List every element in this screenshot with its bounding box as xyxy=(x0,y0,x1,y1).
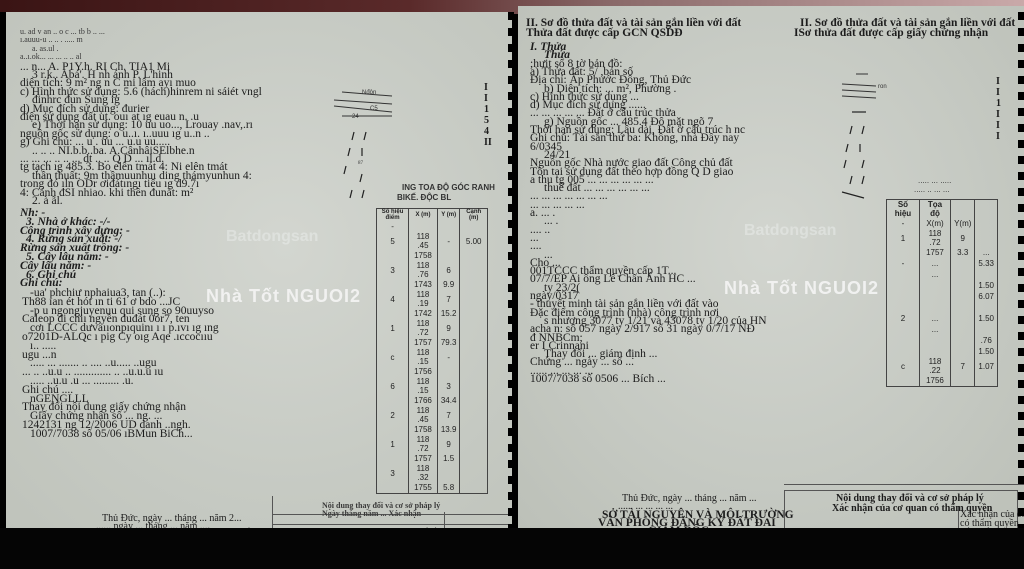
table-cell xyxy=(975,375,998,386)
table-cell xyxy=(377,366,409,377)
table-row: 4118 .197 xyxy=(377,290,488,308)
document-text-line: 1007/7038 số 0506 ... Bích ... xyxy=(530,374,666,386)
table-cell: 3 xyxy=(437,377,460,395)
table-cell: 1756 xyxy=(919,375,950,386)
table-row: 2...1.50 xyxy=(887,313,998,324)
table-cell: 3.3 xyxy=(951,247,975,258)
table-row: c118 .15- xyxy=(377,348,488,366)
document-text-line: 1007/7038 số 05/06 ıBMun BiCh... xyxy=(30,429,193,441)
table-cell xyxy=(975,302,998,313)
table-cell: 118 .19 xyxy=(409,290,438,308)
table-cell xyxy=(377,337,409,348)
table-row: 6.07 xyxy=(887,291,998,302)
table-cell xyxy=(460,482,488,493)
table-cell: 15.2 xyxy=(437,308,460,319)
table-cell: 3 xyxy=(377,261,409,279)
parcel-sketch-diagram-right: ron xyxy=(838,66,908,206)
table-cell xyxy=(951,302,975,313)
table-cell: 9.9 xyxy=(437,279,460,290)
table-cell: 1 xyxy=(377,319,409,337)
table-cell: 5.33 xyxy=(975,258,998,269)
table-cell: 1.07 xyxy=(975,357,998,375)
section-subheading: Thửa đất được cấp GCN QSDĐ xyxy=(526,28,683,40)
coordinates-table-subtitle-right: ..... .. ... ... xyxy=(914,185,950,194)
document-text-line: a..ı.ok... ... ... .. .. al xyxy=(20,53,82,61)
table-header xyxy=(975,200,998,218)
svg-text:ron: ron xyxy=(878,84,887,90)
table-cell xyxy=(975,269,998,280)
table-cell: 1 xyxy=(377,435,409,453)
table-cell xyxy=(951,324,975,335)
table-cell xyxy=(437,221,460,232)
table-cell: c xyxy=(377,348,409,366)
table-row: 1756 xyxy=(377,366,488,377)
table-cell: - xyxy=(437,348,460,366)
table-cell: ... xyxy=(919,269,950,280)
table-cell xyxy=(377,308,409,319)
table-row xyxy=(887,302,998,313)
table-row: 175813.9 xyxy=(377,424,488,435)
table-cell: 118 .45 xyxy=(409,406,438,424)
table-row: ... xyxy=(887,324,998,335)
table-cell: 118 .72 xyxy=(409,435,438,453)
table-cell: 5.8 xyxy=(437,482,460,493)
table-cell xyxy=(437,250,460,261)
table-cell xyxy=(887,269,920,280)
table-cell xyxy=(975,324,998,335)
table-cell: 6 xyxy=(437,261,460,279)
table-cell: Y(m) xyxy=(951,218,975,229)
table-row: - xyxy=(377,221,488,232)
table-cell xyxy=(377,453,409,464)
table-cell xyxy=(919,335,950,346)
table-cell xyxy=(887,291,920,302)
table-row: c118 .2271.07 xyxy=(887,357,998,375)
svg-text:C5: C5 xyxy=(370,106,378,112)
table-cell xyxy=(887,375,920,386)
batdongsan-logo-watermark: Batdongsan xyxy=(226,228,318,246)
table-cell: 1766 xyxy=(409,395,438,406)
table-cell xyxy=(377,279,409,290)
table-row: 1118 .729 xyxy=(887,229,998,247)
table-row: 175779.3 xyxy=(377,337,488,348)
document-text-line: 2. à ãl. xyxy=(32,196,63,208)
table-cell: ... xyxy=(919,324,950,335)
table-cell: 1.50 xyxy=(975,313,998,324)
table-cell: 118 .72 xyxy=(919,229,950,247)
svg-text:24: 24 xyxy=(352,114,359,120)
vertical-margin-marks-right: II1III xyxy=(996,76,1001,142)
table-row: 3118 .32 xyxy=(377,464,488,482)
table-cell xyxy=(460,261,488,279)
table-cell: .76 xyxy=(975,335,998,346)
table-cell: 118 .32 xyxy=(409,464,438,482)
change-table-header-2: Ngày tháng năm ... Xác nhận xyxy=(322,510,421,518)
table-cell: 1 xyxy=(887,229,920,247)
table-cell xyxy=(887,335,920,346)
table-cell xyxy=(437,464,460,482)
table-header xyxy=(951,200,975,218)
table-cell: 118 .15 xyxy=(409,348,438,366)
table-cell: 9 xyxy=(951,229,975,247)
table-cell xyxy=(975,218,998,229)
table-cell xyxy=(460,406,488,424)
table-cell: - xyxy=(437,232,460,250)
svg-text:87: 87 xyxy=(358,161,364,166)
middle-perforation xyxy=(508,12,514,532)
table-cell xyxy=(951,346,975,357)
table-cell: 1757 xyxy=(409,337,438,348)
nhatot-watermark-right: Nhà Tốt NGUOI2 xyxy=(724,278,879,299)
table-row: 5118 .45-5.00 xyxy=(377,232,488,250)
table-cell: 118 .76 xyxy=(409,261,438,279)
table-cell xyxy=(887,302,920,313)
table-cell xyxy=(887,346,920,357)
table-cell xyxy=(377,482,409,493)
document-text-line: .... xyxy=(530,241,542,253)
table-cell xyxy=(887,280,920,291)
table-cell xyxy=(377,395,409,406)
table-cell: ... xyxy=(975,247,998,258)
table-cell: 2 xyxy=(377,406,409,424)
table-header: Y (m) xyxy=(437,209,460,221)
table-cell: c xyxy=(887,357,920,375)
nhatot-watermark: Nhà Tốt NGUOI2 xyxy=(206,286,361,307)
table-cell: 1.50 xyxy=(975,346,998,357)
parcel-sketch-diagram: Nđôn C5 24 87 xyxy=(332,82,402,212)
section-subheading-right: ISơ thửa đất được cấp giấy chứng nhận xyxy=(794,28,988,40)
table-cell xyxy=(460,366,488,377)
table-row: -...5.33 xyxy=(887,258,998,269)
table-cell: 1755 xyxy=(409,482,438,493)
table-cell: 1758 xyxy=(409,424,438,435)
table-cell xyxy=(460,424,488,435)
table-cell xyxy=(460,395,488,406)
table-cell: 5 xyxy=(377,232,409,250)
table-cell: 118 .15 xyxy=(409,377,438,395)
table-cell xyxy=(460,221,488,232)
table-cell xyxy=(460,453,488,464)
table-cell xyxy=(460,337,488,348)
table-cell: 7 xyxy=(437,290,460,308)
table-cell: 5.00 xyxy=(460,232,488,250)
table-row: 6118 .153 xyxy=(377,377,488,395)
table-cell: 1758 xyxy=(409,250,438,261)
table-cell: 1.50 xyxy=(975,280,998,291)
table-cell: 7 xyxy=(951,357,975,375)
table-cell xyxy=(887,247,920,258)
table-cell xyxy=(377,424,409,435)
table-cell: 118 .72 xyxy=(409,319,438,337)
table-cell: - xyxy=(377,221,409,232)
table-header: X (m) xyxy=(409,209,438,221)
table-row: 1.50 xyxy=(887,346,998,357)
table-cell: 1743 xyxy=(409,279,438,290)
coordinates-table-title-right: ..... ... ..... xyxy=(918,176,951,185)
table-cell: - xyxy=(887,258,920,269)
table-cell xyxy=(460,290,488,308)
table-cell: - xyxy=(887,218,920,229)
table-cell xyxy=(460,348,488,366)
table-row: 1756 xyxy=(887,375,998,386)
batdongsan-logo-watermark-right: Batdongsan xyxy=(744,222,836,240)
table-row: 1118 .729 xyxy=(377,319,488,337)
table-cell xyxy=(460,464,488,482)
table-cell xyxy=(951,258,975,269)
table-cell xyxy=(460,377,488,395)
table-cell xyxy=(951,313,975,324)
right-document-page: II. Sơ đồ thửa đất và tài sản gắn liền v… xyxy=(518,6,1024,530)
table-cell: ... xyxy=(919,258,950,269)
table-cell: 34.4 xyxy=(437,395,460,406)
table-row: 174215.2 xyxy=(377,308,488,319)
table-cell xyxy=(919,291,950,302)
table-cell xyxy=(460,250,488,261)
table-cell: 79.3 xyxy=(437,337,460,348)
table-header: Tọa độ xyxy=(919,200,950,218)
table-cell xyxy=(951,291,975,302)
table-cell: 6 xyxy=(377,377,409,395)
table-cell xyxy=(951,280,975,291)
table-header: Số hiệu xyxy=(887,200,920,218)
table-cell xyxy=(919,346,950,357)
table-row: 17573.3... xyxy=(887,247,998,258)
table-cell xyxy=(460,435,488,453)
table-cell: 4 xyxy=(377,290,409,308)
change-table-right-cell: Xác nhận của cơ quan có thẩm quyền cấp g… xyxy=(960,510,1024,530)
right-perforation xyxy=(1018,12,1024,532)
coordinates-table-right: Số hiệu Tọa độ -X(m)Y(m)1118 .72917573.3… xyxy=(886,199,998,387)
table-cell xyxy=(460,319,488,337)
table-cell: 118 .45 xyxy=(409,232,438,250)
table-cell xyxy=(437,366,460,377)
table-cell: 1.5 xyxy=(437,453,460,464)
table-cell: 2 xyxy=(887,313,920,324)
table-cell xyxy=(951,335,975,346)
table-cell: 1742 xyxy=(409,308,438,319)
table-row: ... xyxy=(887,269,998,280)
table-cell xyxy=(919,302,950,313)
table-row: 1.50 xyxy=(887,280,998,291)
table-row: 17439.9 xyxy=(377,279,488,290)
table-cell: 7 xyxy=(437,406,460,424)
table-cell xyxy=(975,229,998,247)
table-row: 176634.4 xyxy=(377,395,488,406)
coordinates-table: Số hiệu điểm X (m) Y (m) Cạnh (m) -5118 … xyxy=(376,208,488,494)
table-cell: 1757 xyxy=(409,453,438,464)
table-row: 1758 xyxy=(377,250,488,261)
vertical-margin-marks: II154II xyxy=(484,82,492,148)
table-cell xyxy=(460,279,488,290)
left-document-page: u. ad v an .. o c ... tb b .. ...ı.auuu-… xyxy=(6,12,512,532)
table-cell: 118 .22 xyxy=(919,357,950,375)
table-row: .76 xyxy=(887,335,998,346)
table-cell: 6.07 xyxy=(975,291,998,302)
table-cell: X(m) xyxy=(919,218,950,229)
coordinates-table-subtitle: BIKẾ. ĐỘC BL xyxy=(397,193,451,202)
bottom-background-strip xyxy=(0,528,1024,569)
table-row: 1118 .729 xyxy=(377,435,488,453)
table-row: 3118 .766 xyxy=(377,261,488,279)
table-cell xyxy=(919,280,950,291)
table-cell: 9 xyxy=(437,435,460,453)
table-cell xyxy=(951,375,975,386)
table-cell xyxy=(951,269,975,280)
table-cell: 13.9 xyxy=(437,424,460,435)
table-cell xyxy=(409,221,438,232)
table-cell: ... xyxy=(919,313,950,324)
table-header: Số hiệu điểm xyxy=(377,209,409,221)
table-cell xyxy=(887,324,920,335)
table-cell: 1757 xyxy=(919,247,950,258)
table-cell: 9 xyxy=(437,319,460,337)
table-header: Cạnh (m) xyxy=(460,209,488,221)
sketch-label: Nđôn xyxy=(362,90,376,96)
table-cell: 3 xyxy=(377,464,409,482)
table-cell: 1756 xyxy=(409,366,438,377)
coordinates-table-title: ING TOA ĐỘ GÓC RANH xyxy=(402,183,495,192)
table-cell xyxy=(377,250,409,261)
table-row: 2118 .457 xyxy=(377,406,488,424)
left-perforation xyxy=(0,12,6,532)
table-row: 17571.5 xyxy=(377,453,488,464)
table-row: -X(m)Y(m) xyxy=(887,218,998,229)
table-cell xyxy=(460,308,488,319)
table-row: 17555.8 xyxy=(377,482,488,493)
